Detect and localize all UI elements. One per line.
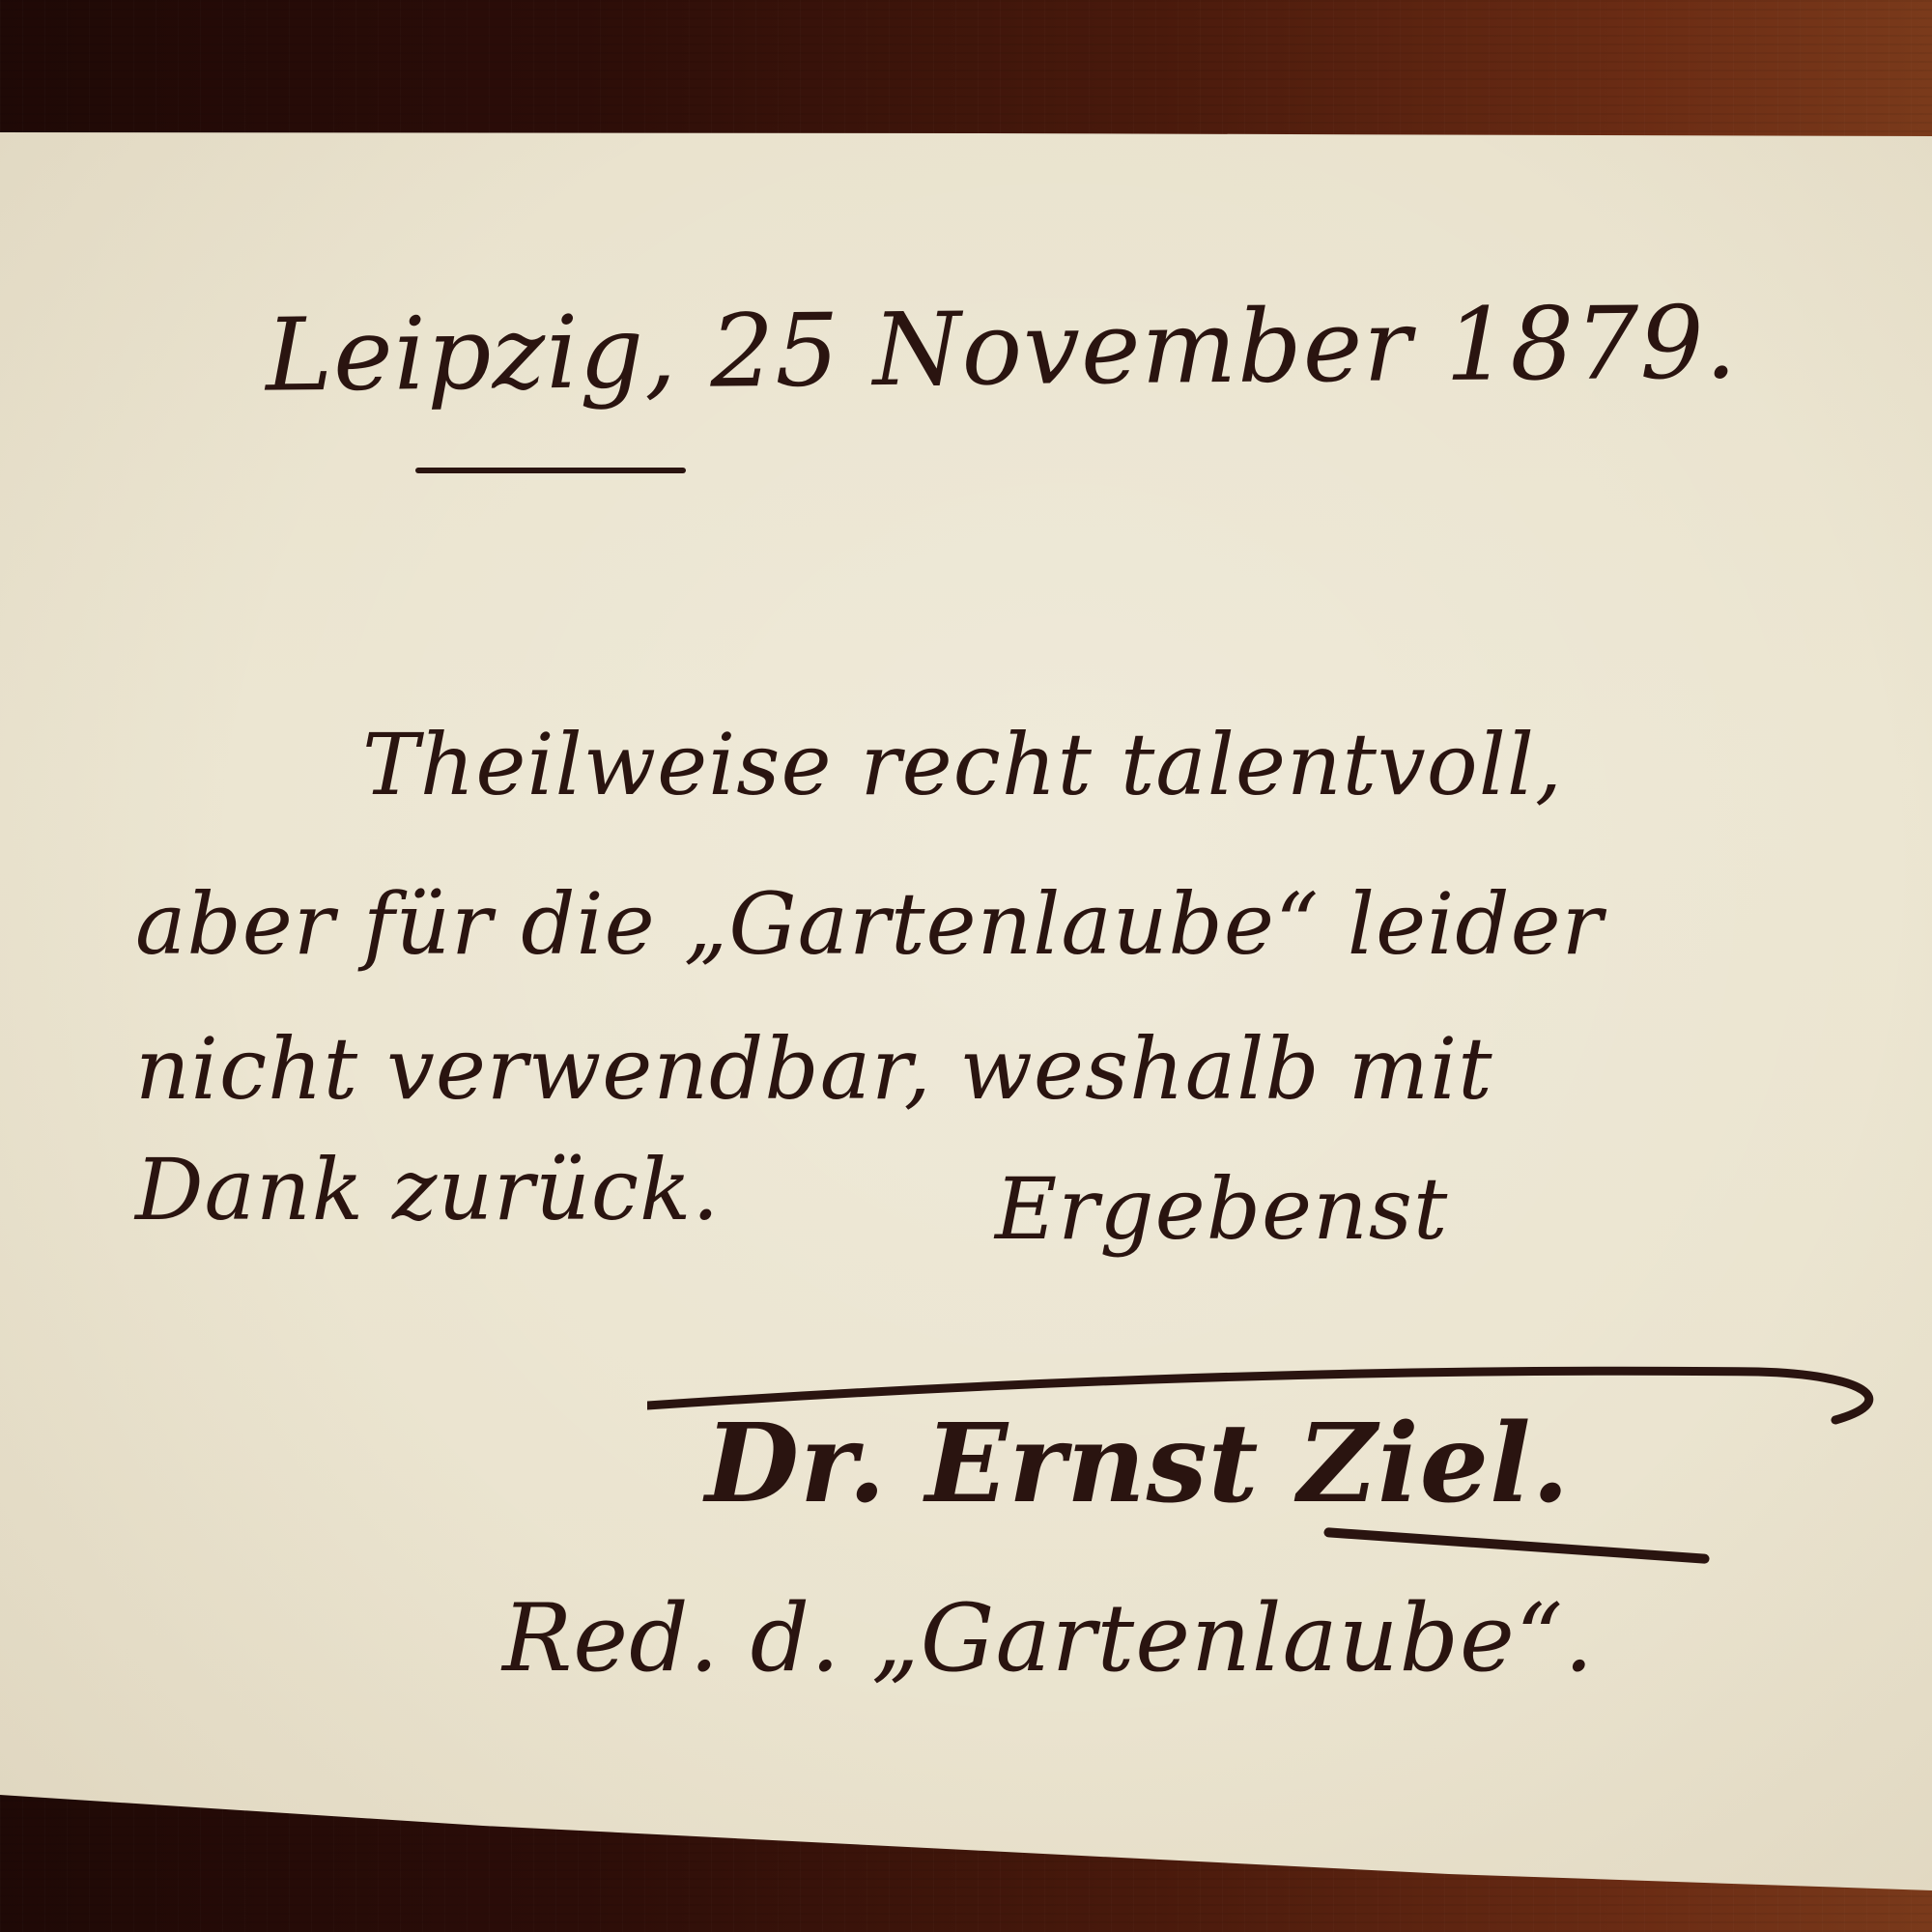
body-line-4: Dank zurück. xyxy=(135,1140,720,1239)
body-line-1: Theilweise recht talentvoll, xyxy=(362,715,1563,814)
body-line-2: aber für die „Gartenlaube“ leider xyxy=(135,874,1604,974)
closing-salutation: Ergebenst xyxy=(995,1159,1448,1259)
place-date-heading: Leipzig, 25 November 1879. xyxy=(265,283,1738,413)
signature-name: Dr. Ernst Ziel. xyxy=(705,1401,1571,1527)
place-underline xyxy=(415,468,686,473)
letter-paper: Leipzig, 25 November 1879. Theilweise re… xyxy=(0,0,1932,1932)
body-line-3: nicht verwendbar, weshalb mit xyxy=(135,1019,1493,1119)
signature-underline xyxy=(1323,1527,1710,1564)
editor-title: Red. d. „Gartenlaube“. xyxy=(502,1584,1594,1692)
